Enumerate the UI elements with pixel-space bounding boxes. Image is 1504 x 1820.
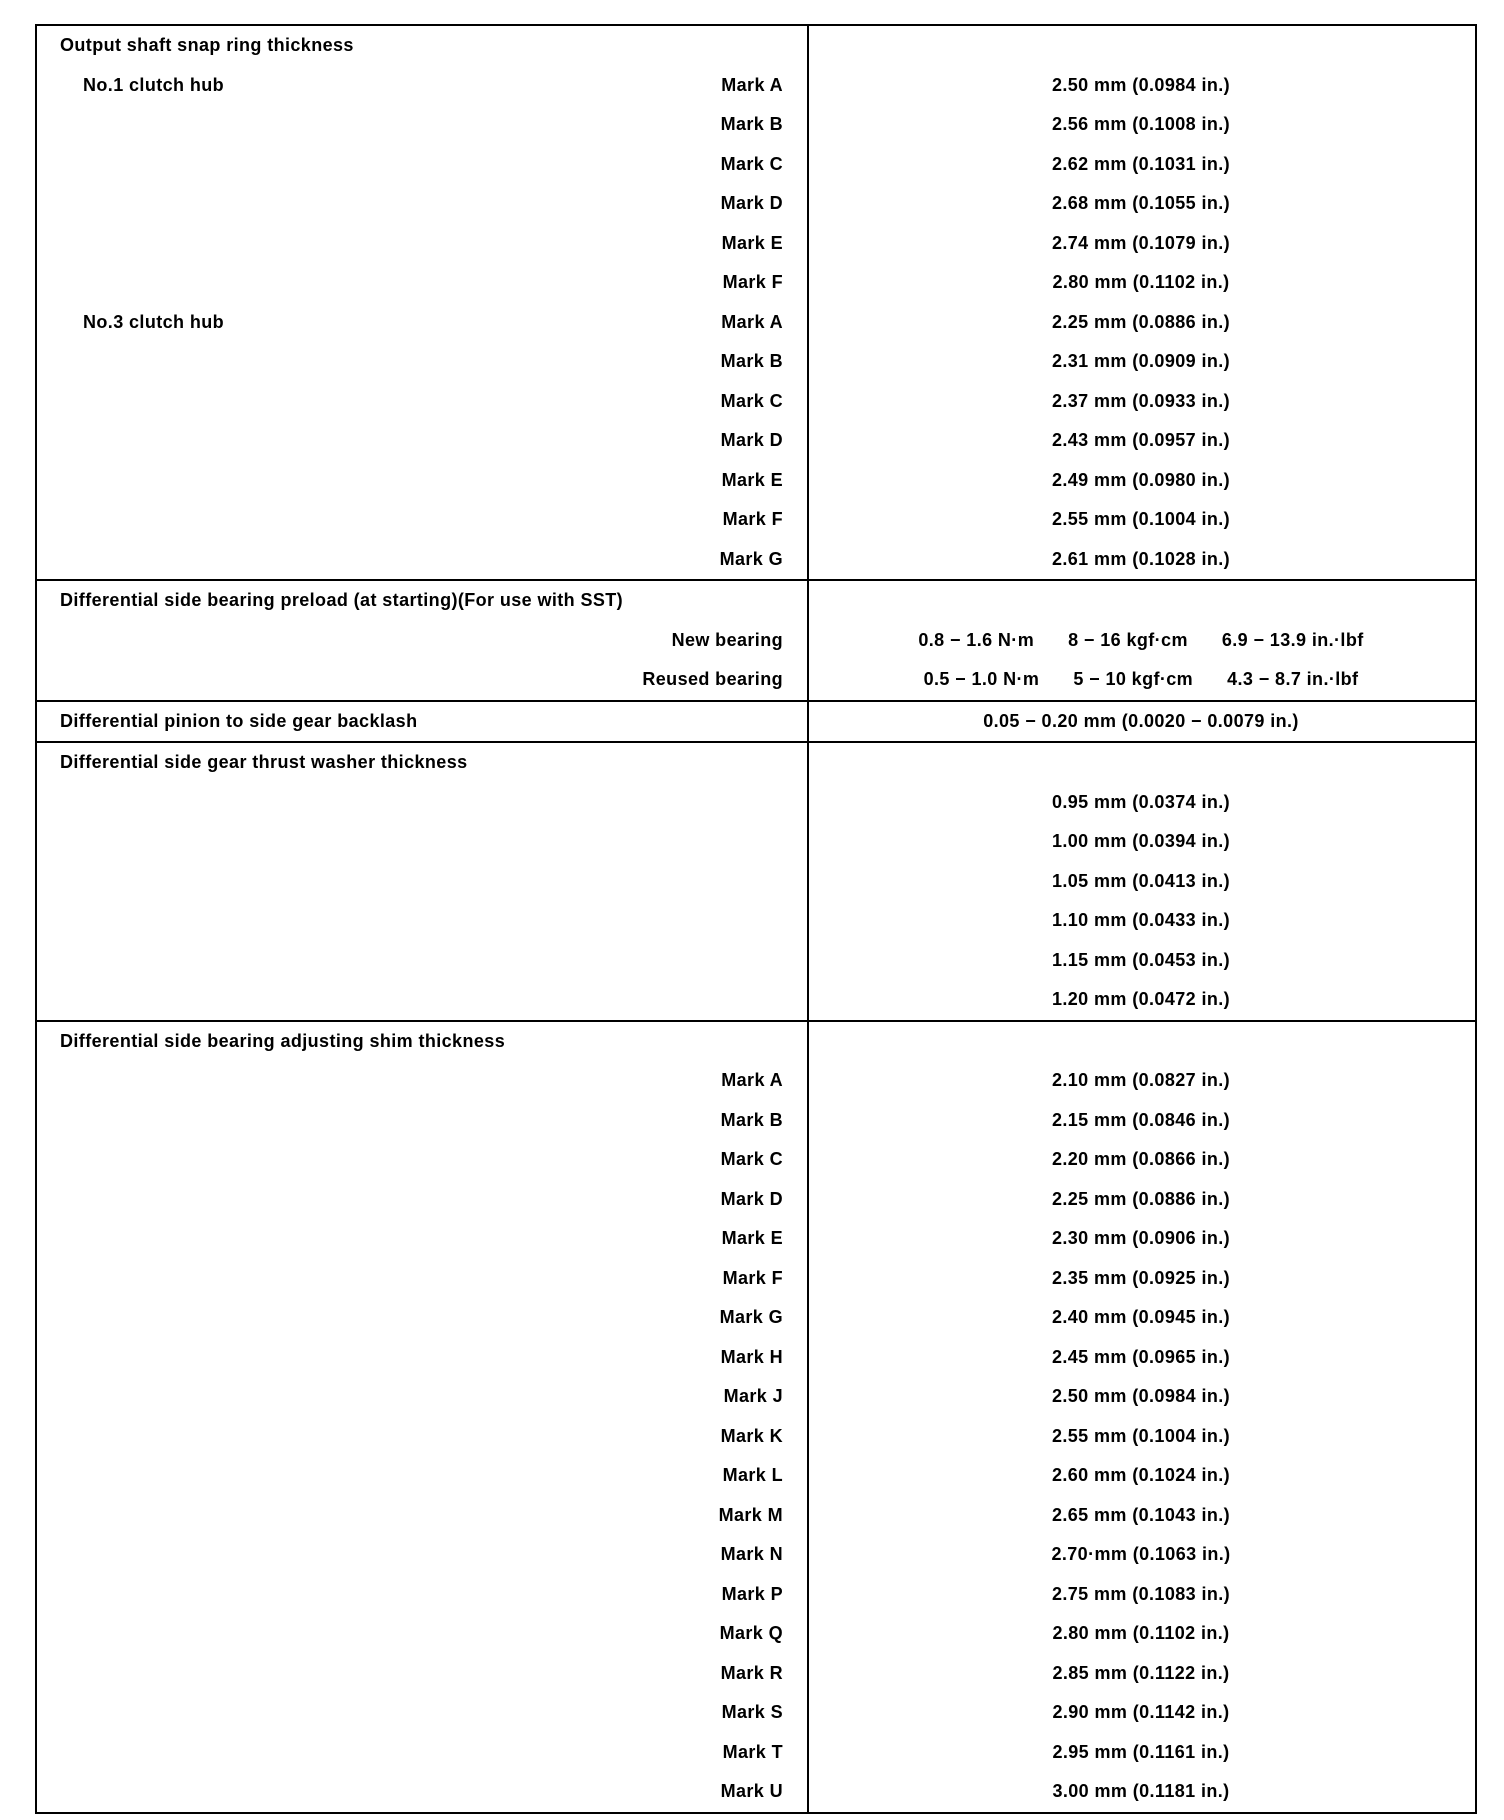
mark-label: Mark Q bbox=[720, 1623, 807, 1644]
table-row: Mark H2.45 mm (0.0965 in.) bbox=[37, 1338, 1475, 1378]
value-cell: 2.56 mm (0.1008 in.) bbox=[807, 114, 1475, 135]
table-row: 1.05 mm (0.0413 in.) bbox=[37, 862, 1475, 902]
table-row: 1.00 mm (0.0394 in.) bbox=[37, 822, 1475, 862]
table-row: 1.20 mm (0.0472 in.) bbox=[37, 980, 1475, 1020]
table-row: Mark L2.60 mm (0.1024 in.) bbox=[37, 1456, 1475, 1496]
mark-label: Mark E bbox=[722, 1228, 807, 1249]
value-cell: 2.70·mm (0.1063 in.) bbox=[807, 1544, 1475, 1565]
mark-label: Mark G bbox=[720, 1307, 807, 1328]
mark-label: Mark B bbox=[721, 351, 807, 372]
row-label: Reused bearing bbox=[642, 669, 807, 690]
value-cell: 0.95 mm (0.0374 in.) bbox=[807, 792, 1475, 813]
value-cell: 2.95 mm (0.1161 in.) bbox=[807, 1742, 1475, 1763]
value-cell: 2.55 mm (0.1004 in.) bbox=[807, 509, 1475, 530]
mark-label: Mark D bbox=[721, 193, 807, 214]
section-title-row: Differential side gear thrust washer thi… bbox=[37, 743, 1475, 783]
specification-table: Output shaft snap ring thickness No.1 cl… bbox=[35, 24, 1477, 1814]
mark-label: Mark H bbox=[721, 1347, 807, 1368]
value-cell: 2.49 mm (0.0980 in.) bbox=[807, 470, 1475, 491]
table-row: Mark T2.95 mm (0.1161 in.) bbox=[37, 1733, 1475, 1773]
value-cell: 2.15 mm (0.0846 in.) bbox=[807, 1110, 1475, 1131]
value-cell: 2.80 mm (0.1102 in.) bbox=[807, 272, 1475, 293]
mark-label: Mark C bbox=[721, 154, 807, 175]
preload-values: 0.5 − 1.0 N·m 5 − 10 kgf·cm 4.3 − 8.7 in… bbox=[924, 669, 1359, 690]
table-row: Mark G2.61 mm (0.1028 in.) bbox=[37, 540, 1475, 580]
table-row: Mark F2.55 mm (0.1004 in.) bbox=[37, 500, 1475, 540]
mark-label: Mark K bbox=[721, 1426, 807, 1447]
table-row: Mark D2.43 mm (0.0957 in.) bbox=[37, 421, 1475, 461]
value-cell: 2.43 mm (0.0957 in.) bbox=[807, 430, 1475, 451]
table-row: 1.10 mm (0.0433 in.) bbox=[37, 901, 1475, 941]
section-title: Differential side bearing adjusting shim… bbox=[37, 1031, 505, 1052]
value-cell: 2.45 mm (0.0965 in.) bbox=[807, 1347, 1475, 1368]
group-label: No.3 clutch hub bbox=[37, 312, 721, 333]
table-row: Mark D2.68 mm (0.1055 in.) bbox=[37, 184, 1475, 224]
value-kgfcm: 8 − 16 kgf·cm bbox=[1068, 630, 1188, 651]
section-title-row: Differential side bearing preload (at st… bbox=[37, 581, 1475, 621]
section-pinion-backlash: Differential pinion to side gear backlas… bbox=[37, 700, 1475, 742]
mark-label: Mark D bbox=[721, 430, 807, 451]
table-row: Differential pinion to side gear backlas… bbox=[37, 702, 1475, 742]
table-row: Mark C2.37 mm (0.0933 in.) bbox=[37, 382, 1475, 422]
value-cell: 2.20 mm (0.0866 in.) bbox=[807, 1149, 1475, 1170]
mark-label: Mark U bbox=[721, 1781, 807, 1802]
value-cell: 2.74 mm (0.1079 in.) bbox=[807, 233, 1475, 254]
value-cell: 2.35 mm (0.0925 in.) bbox=[807, 1268, 1475, 1289]
table-row: New bearing 0.8 − 1.6 N·m 8 − 16 kgf·cm … bbox=[37, 621, 1475, 661]
table-row: No.1 clutch hubMark A2.50 mm (0.0984 in.… bbox=[37, 66, 1475, 106]
table-row: Mark P2.75 mm (0.1083 in.) bbox=[37, 1575, 1475, 1615]
group-label: No.1 clutch hub bbox=[37, 75, 721, 96]
section-title-row: Output shaft snap ring thickness bbox=[37, 26, 1475, 66]
table-row: 1.15 mm (0.0453 in.) bbox=[37, 941, 1475, 981]
mark-label: Mark B bbox=[721, 1110, 807, 1131]
value-cell: 2.10 mm (0.0827 in.) bbox=[807, 1070, 1475, 1091]
table-row: Mark E2.49 mm (0.0980 in.) bbox=[37, 461, 1475, 501]
mark-label: Mark E bbox=[722, 233, 807, 254]
mark-label: Mark N bbox=[721, 1544, 807, 1565]
value-inlbf: 4.3 − 8.7 in.·lbf bbox=[1227, 669, 1358, 690]
value-cell: 2.25 mm (0.0886 in.) bbox=[807, 312, 1475, 333]
table-row: Mark D2.25 mm (0.0886 in.) bbox=[37, 1180, 1475, 1220]
value-cell: 2.75 mm (0.1083 in.) bbox=[807, 1584, 1475, 1605]
value-cell: 2.90 mm (0.1142 in.) bbox=[807, 1702, 1475, 1723]
value-cell: 2.50 mm (0.0984 in.) bbox=[807, 75, 1475, 96]
table-row: Mark Q2.80 mm (0.1102 in.) bbox=[37, 1614, 1475, 1654]
value-cell: 2.37 mm (0.0933 in.) bbox=[807, 391, 1475, 412]
mark-label: Mark T bbox=[723, 1742, 807, 1763]
value-cell: 2.61 mm (0.1028 in.) bbox=[807, 549, 1475, 570]
value-cell: 2.50 mm (0.0984 in.) bbox=[807, 1386, 1475, 1407]
section-title: Differential side bearing preload (at st… bbox=[37, 590, 623, 611]
mark-label: Mark F bbox=[723, 509, 807, 530]
value-cell: 2.60 mm (0.1024 in.) bbox=[807, 1465, 1475, 1486]
mark-label: Mark C bbox=[721, 391, 807, 412]
mark-label: Mark M bbox=[719, 1505, 807, 1526]
value-cell: 1.05 mm (0.0413 in.) bbox=[807, 871, 1475, 892]
table-row: Mark R2.85 mm (0.1122 in.) bbox=[37, 1654, 1475, 1694]
mark-label: Mark A bbox=[721, 312, 807, 333]
value-cell: 2.40 mm (0.0945 in.) bbox=[807, 1307, 1475, 1328]
value-cell: 2.85 mm (0.1122 in.) bbox=[807, 1663, 1475, 1684]
value-cell: 2.55 mm (0.1004 in.) bbox=[807, 1426, 1475, 1447]
section-adjusting-shim: Differential side bearing adjusting shim… bbox=[37, 1020, 1475, 1812]
value-inlbf: 6.9 − 13.9 in.·lbf bbox=[1222, 630, 1364, 651]
mark-label: Mark C bbox=[721, 1149, 807, 1170]
table-row: No.3 clutch hubMark A2.25 mm (0.0886 in.… bbox=[37, 303, 1475, 343]
table-row: Mark E2.74 mm (0.1079 in.) bbox=[37, 224, 1475, 264]
table-row: Mark C2.20 mm (0.0866 in.) bbox=[37, 1140, 1475, 1180]
value-cell: 2.31 mm (0.0909 in.) bbox=[807, 351, 1475, 372]
mark-label: Mark J bbox=[724, 1386, 807, 1407]
section-title: Differential side gear thrust washer thi… bbox=[37, 752, 468, 773]
section-title: Output shaft snap ring thickness bbox=[37, 35, 354, 56]
value-cell: 1.15 mm (0.0453 in.) bbox=[807, 950, 1475, 971]
table-row: Reused bearing 0.5 − 1.0 N·m 5 − 10 kgf·… bbox=[37, 660, 1475, 700]
section-thrust-washer: Differential side gear thrust washer thi… bbox=[37, 741, 1475, 1020]
table-row: Mark A2.10 mm (0.0827 in.) bbox=[37, 1061, 1475, 1101]
table-row: Mark B2.31 mm (0.0909 in.) bbox=[37, 342, 1475, 382]
row-label: New bearing bbox=[672, 630, 807, 651]
table-row: Mark B2.56 mm (0.1008 in.) bbox=[37, 105, 1475, 145]
value-cell: 1.20 mm (0.0472 in.) bbox=[807, 989, 1475, 1010]
value-cell: 1.00 mm (0.0394 in.) bbox=[807, 831, 1475, 852]
value-cell: 2.62 mm (0.1031 in.) bbox=[807, 154, 1475, 175]
value-cell: 2.65 mm (0.1043 in.) bbox=[807, 1505, 1475, 1526]
section-title-row: Differential side bearing adjusting shim… bbox=[37, 1022, 1475, 1062]
table-row: Mark S2.90 mm (0.1142 in.) bbox=[37, 1693, 1475, 1733]
table-row: Mark F2.35 mm (0.0925 in.) bbox=[37, 1259, 1475, 1299]
value-nm: 0.8 − 1.6 N·m bbox=[918, 630, 1034, 651]
value-cell: 2.30 mm (0.0906 in.) bbox=[807, 1228, 1475, 1249]
mark-label: Mark F bbox=[723, 272, 807, 293]
mark-label: Mark A bbox=[721, 75, 807, 96]
table-row: Mark B2.15 mm (0.0846 in.) bbox=[37, 1101, 1475, 1141]
mark-label: Mark F bbox=[723, 1268, 807, 1289]
mark-label: Mark R bbox=[721, 1663, 807, 1684]
value-cell: 2.68 mm (0.1055 in.) bbox=[807, 193, 1475, 214]
value-kgfcm: 5 − 10 kgf·cm bbox=[1073, 669, 1193, 690]
table-row: Mark K2.55 mm (0.1004 in.) bbox=[37, 1417, 1475, 1457]
table-row: Mark E2.30 mm (0.0906 in.) bbox=[37, 1219, 1475, 1259]
value-cell: 3.00 mm (0.1181 in.) bbox=[807, 1781, 1475, 1802]
mark-label: Mark D bbox=[721, 1189, 807, 1210]
mark-label: Mark B bbox=[721, 114, 807, 135]
table-row: Mark F2.80 mm (0.1102 in.) bbox=[37, 263, 1475, 303]
value-cell: 2.80 mm (0.1102 in.) bbox=[807, 1623, 1475, 1644]
mark-label: Mark E bbox=[722, 470, 807, 491]
section-output-shaft-snap-ring: Output shaft snap ring thickness No.1 cl… bbox=[37, 26, 1475, 579]
table-row: 0.95 mm (0.0374 in.) bbox=[37, 783, 1475, 823]
value-cell: 2.25 mm (0.0886 in.) bbox=[807, 1189, 1475, 1210]
table-row: Mark U3.00 mm (0.1181 in.) bbox=[37, 1772, 1475, 1812]
mark-label: Mark L bbox=[723, 1465, 807, 1486]
value-cell: 0.05 − 0.20 mm (0.0020 − 0.0079 in.) bbox=[807, 711, 1475, 732]
value-nm: 0.5 − 1.0 N·m bbox=[924, 669, 1040, 690]
table-row: Mark J2.50 mm (0.0984 in.) bbox=[37, 1377, 1475, 1417]
section-title: Differential pinion to side gear backlas… bbox=[37, 711, 417, 732]
mark-label: Mark S bbox=[722, 1702, 807, 1723]
section-side-bearing-preload: Differential side bearing preload (at st… bbox=[37, 579, 1475, 700]
table-row: Mark C2.62 mm (0.1031 in.) bbox=[37, 145, 1475, 185]
table-row: Mark N2.70·mm (0.1063 in.) bbox=[37, 1535, 1475, 1575]
preload-values: 0.8 − 1.6 N·m 8 − 16 kgf·cm 6.9 − 13.9 i… bbox=[918, 630, 1363, 651]
mark-label: Mark A bbox=[721, 1070, 807, 1091]
mark-label: Mark G bbox=[720, 549, 807, 570]
value-cell: 1.10 mm (0.0433 in.) bbox=[807, 910, 1475, 931]
table-row: Mark G2.40 mm (0.0945 in.) bbox=[37, 1298, 1475, 1338]
table-row: Mark M2.65 mm (0.1043 in.) bbox=[37, 1496, 1475, 1536]
mark-label: Mark P bbox=[722, 1584, 807, 1605]
